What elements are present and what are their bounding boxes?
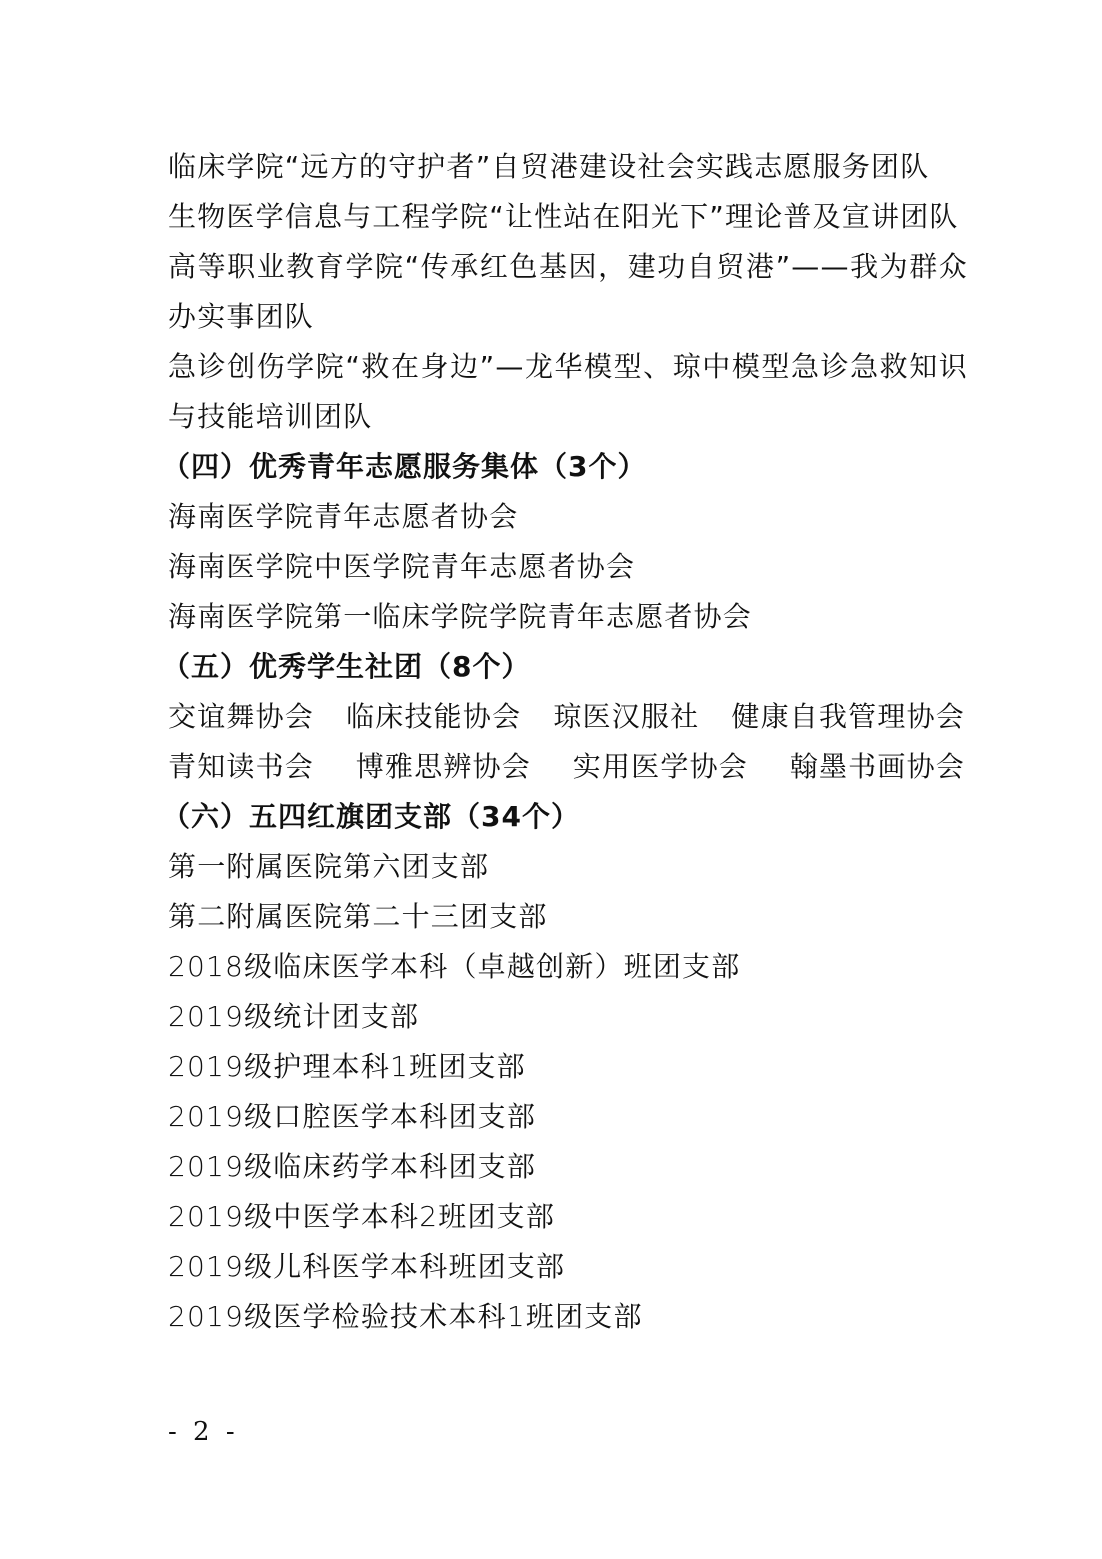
list-item: 高等职业教育学院“传承红色基因，建功自贸港”——我为群众办实事团队: [168, 242, 968, 342]
document-page: 临床学院“远方的守护者”自贸港建设社会实践志愿服务团队 生物医学信息与工程学院“…: [168, 142, 968, 1342]
list-item: 海南医学院第一临床学院学院青年志愿者协会: [168, 592, 968, 642]
page-number: - 2 -: [168, 1412, 239, 1452]
list-item: 2019级临床药学本科团支部: [168, 1142, 968, 1192]
list-item: 2019级儿科医学本科班团支部: [168, 1242, 968, 1292]
club-name: 健康自我管理协会: [731, 692, 965, 742]
club-name: 临床技能协会: [346, 692, 521, 742]
club-name: 翰墨书画协会: [790, 742, 965, 792]
club-name: 博雅思辨协会: [356, 742, 531, 792]
section-heading-5: （五）优秀学生社团（8个）: [162, 642, 968, 692]
club-row: 青知读书会 博雅思辨协会 实用医学协会 翰墨书画协会: [168, 742, 965, 792]
list-item: 2019级护理本科1班团支部: [168, 1042, 968, 1092]
club-row: 交谊舞协会 临床技能协会 琼医汉服社 健康自我管理协会: [168, 692, 965, 742]
list-item: 第二附属医院第二十三团支部: [168, 892, 968, 942]
list-item: 第一附属医院第六团支部: [168, 842, 968, 892]
list-item: 2019级医学检验技术本科1班团支部: [168, 1292, 968, 1342]
club-name: 实用医学协会: [573, 742, 748, 792]
club-name: 琼医汉服社: [553, 692, 699, 742]
list-item: 海南医学院青年志愿者协会: [168, 492, 968, 542]
list-item: 2019级中医学本科2班团支部: [168, 1192, 968, 1242]
list-item: 临床学院“远方的守护者”自贸港建设社会实践志愿服务团队: [168, 142, 968, 192]
club-name: 青知读书会: [168, 742, 314, 792]
list-item: 2019级统计团支部: [168, 992, 968, 1042]
list-item: 2018级临床医学本科（卓越创新）班团支部: [168, 942, 968, 992]
list-item: 急诊创伤学院“救在身边”—龙华模型、琼中模型急诊急救知识与技能培训团队: [168, 342, 968, 442]
club-name: 交谊舞协会: [168, 692, 314, 742]
list-item: 海南医学院中医学院青年志愿者协会: [168, 542, 968, 592]
list-item: 生物医学信息与工程学院“让性站在阳光下”理论普及宣讲团队: [168, 192, 968, 242]
list-item: 2019级口腔医学本科团支部: [168, 1092, 968, 1142]
section-heading-6: （六）五四红旗团支部（34个）: [162, 792, 968, 842]
section-heading-4: （四）优秀青年志愿服务集体（3个）: [162, 442, 968, 492]
